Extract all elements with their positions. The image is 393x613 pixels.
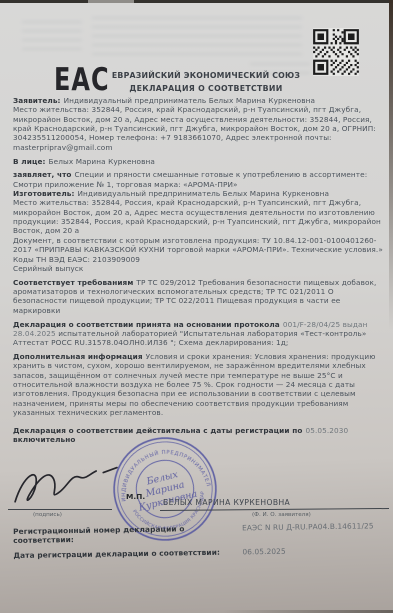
validity-date: 05.05.2030 <box>306 426 349 435</box>
declares-label: заявляет, что <box>13 170 72 179</box>
declaration-photo: ЕАС ЕВРАЗИЙСКИЙ ЭКОНОМИЧЕСКИЙ СОЮЗ ДЕКЛА… <box>0 0 393 613</box>
registration-block: Регистрационный номер декларации о соотв… <box>13 521 390 565</box>
applicant-name-text: Индивидуальный предприниматель Белых Мар… <box>64 96 316 105</box>
tnved-codes: Коды ТН ВЭД ЕАЭС: 2103909009 <box>13 255 386 264</box>
declares-paragraph: заявляет, чтоСпеции и пряности смешанные… <box>13 170 386 189</box>
basis-text: испытательной лабораторией "Испытательна… <box>13 329 366 347</box>
registration-date-value: 06.05.2025 <box>242 546 285 556</box>
applicant-paragraph: Заявитель:Индивидуальный предприниматель… <box>13 96 386 152</box>
signature-caption: (подпись) <box>33 512 62 518</box>
photo-top-edge <box>0 0 393 3</box>
show-through-text <box>92 14 302 60</box>
additional-info-label: Дополнительная информация <box>13 352 143 361</box>
name-caption: (Ф. И. О. заявителя) <box>252 512 311 518</box>
registration-date-label: Дата регистрации декларации о соответств… <box>13 547 242 560</box>
signature-line <box>8 509 112 510</box>
manufacturer-name-text: Индивидуальный предприниматель Белых Мар… <box>78 189 330 198</box>
person-label: В лице: <box>13 157 46 166</box>
person-text: Белых Марина Куркеновна <box>49 157 155 166</box>
applicant-label: Заявитель: <box>13 96 61 105</box>
validity-label: Декларация о соответствии действительна … <box>13 426 303 435</box>
document-header: ЕВРАЗИЙСКИЙ ЭКОНОМИЧЕСКИЙ СОЮЗ ДЕКЛАРАЦИ… <box>92 71 320 93</box>
show-through-text <box>22 18 82 54</box>
photo-right-edge <box>389 0 393 330</box>
registration-number-value: ЕАЭС N RU Д-RU.РА04.В.14611/25 <box>242 521 374 541</box>
compliance-paragraph: Соответствует требованиямТР ТС 029/2012 … <box>13 278 386 315</box>
stamp-place-label: М.П. <box>126 492 145 501</box>
photo-top-notch <box>88 0 134 3</box>
release-type: Серийный выпуск <box>13 264 386 273</box>
registration-number-row: Регистрационный номер декларации о соотв… <box>13 521 389 545</box>
additional-info-text: Условия и сроки хранения: Условия хранен… <box>13 352 375 417</box>
product-document: Документ, в соответствии с которым изгот… <box>13 236 386 255</box>
manufacturer-label: Изготовитель: <box>13 189 75 198</box>
union-title: ЕВРАЗИЙСКИЙ ЭКОНОМИЧЕСКИЙ СОЮЗ <box>92 71 320 80</box>
declaration-body: Заявитель:Индивидуальный предприниматель… <box>13 96 386 449</box>
additional-info-paragraph: Дополнительная информацияУсловия и сроки… <box>13 352 386 417</box>
applicant-full-name: БЕЛЫХ МАРИНА КУРКЕНОВНА <box>163 498 290 507</box>
basis-paragraph: Декларация о соответствии принята на осн… <box>13 320 386 348</box>
registration-date-row: Дата регистрации декларации о соответств… <box>13 545 389 560</box>
basis-label: Декларация о соответствии принята на осн… <box>13 320 280 329</box>
manufacturer-paragraph: Изготовитель:Индивидуальный предпринимат… <box>13 189 386 236</box>
qr-code <box>313 28 359 76</box>
page-title: ДЕКЛАРАЦИЯ О СООТВЕТСТВИИ <box>92 84 320 93</box>
manufacturer-address: Место жительства: 352844, Россия, край К… <box>13 198 386 235</box>
registration-number-label: Регистрационный номер декларации о соотв… <box>13 523 242 545</box>
applicant-address: Место жительства: 352844, Россия, край К… <box>13 105 386 152</box>
compliance-label: Соответствует требованиям <box>13 278 133 287</box>
person-paragraph: В лице:Белых Марина Куркеновна <box>13 157 386 166</box>
